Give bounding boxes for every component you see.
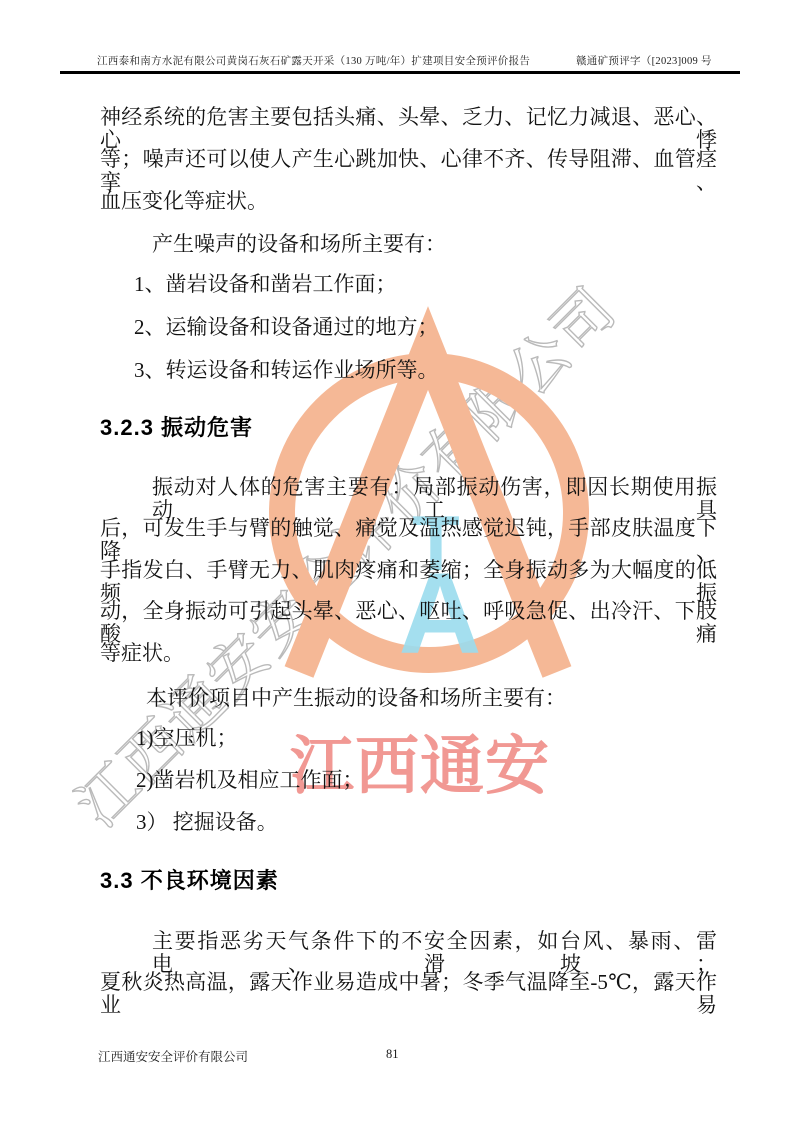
text-line: 神经系统的危害主要包括头痛、头晕、乏力、记忆力减退、恶心、心悸 xyxy=(100,106,717,151)
text-line: 后，可发生手与臂的触觉、痛觉及温热感觉迟钝，手部皮肤温度下降、 xyxy=(100,517,717,562)
header-doc-number: 赣通矿预评字（[2023]009 号 xyxy=(576,53,712,68)
footer-page-number: 81 xyxy=(386,1047,399,1062)
text-line: 振动对人体的危害主要有：局部振动伤害，即因长期使用振动工具 xyxy=(152,476,717,521)
section-heading: 3.3 不良环境因素 xyxy=(100,869,279,893)
text-line: 等；噪声还可以使人产生心跳加快、心律不齐、传导阻滞、血管痉挛、 xyxy=(100,148,717,193)
text-line: 血压变化等症状。 xyxy=(100,190,268,213)
text-layer: 江西泰和南方水泥有限公司黄岗石灰石矿露天开采（130 万吨/年）扩建项目安全预评… xyxy=(0,0,800,1131)
footer-company-name: 江西通安安全评价有限公司 xyxy=(98,1047,248,1065)
section-heading: 3.2.3 振动危害 xyxy=(100,416,253,440)
text-line: 手指发白、手臂无力、肌肉疼痛和萎缩；全身振动多为大幅度的低频振 xyxy=(100,559,717,604)
text-line: 本评价项目中产生振动的设备和场所主要有： xyxy=(146,687,566,710)
text-line: 3、转运设备和转运作业场所等。 xyxy=(134,359,439,382)
text-line: 夏秋炎热高温，露天作业易造成中暑；冬季气温降至-5℃，露天作业易 xyxy=(100,971,717,1016)
text-line: 3） 挖掘设备。 xyxy=(136,811,278,834)
document-page: 江西通安安全评价有限公司 T A 江西通安 江西泰和南方水泥有限公司黄岗石灰石矿… xyxy=(0,0,800,1131)
text-line: 1、凿岩设备和凿岩工作面； xyxy=(134,273,397,296)
text-line: 1)空压机； xyxy=(136,727,238,750)
header-report-title: 江西泰和南方水泥有限公司黄岗石灰石矿露天开采（130 万吨/年）扩建项目安全预评… xyxy=(97,53,530,68)
header-divider xyxy=(60,71,740,74)
text-line: 2、运输设备和设备通过的地方； xyxy=(134,316,439,339)
text-line: 等症状。 xyxy=(100,642,184,665)
text-line: 主要指恶劣天气条件下的不安全因素，如台风、暴雨、雷电、滑坡； xyxy=(152,930,717,975)
text-line: 动，全身振动可引起头晕、恶心、呕吐、呼吸急促、出冷汗、下肢酸痛 xyxy=(100,600,717,645)
text-line: 2)凿岩机及相应工作面； xyxy=(136,769,364,792)
text-line: 产生噪声的设备和场所主要有： xyxy=(152,233,446,256)
